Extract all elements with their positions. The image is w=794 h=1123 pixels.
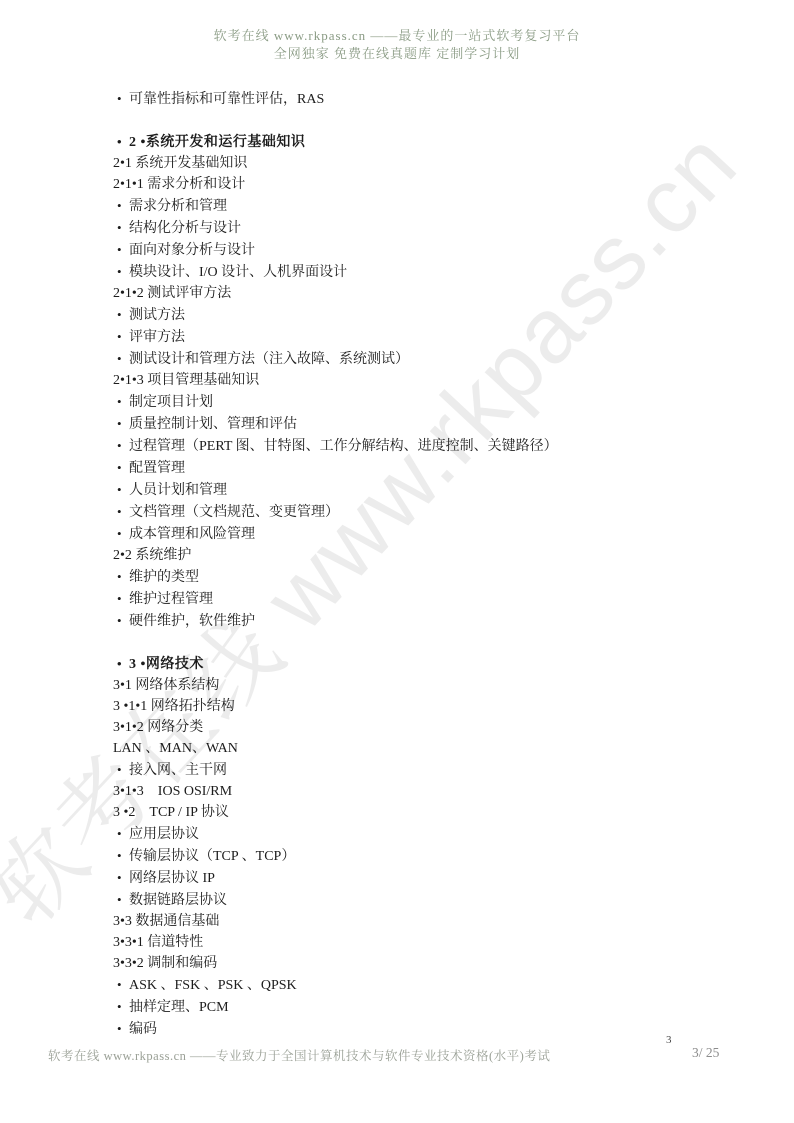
- outline-line-text: 可靠性指标和可靠性评估，RAS: [129, 92, 324, 107]
- outline-line-text: 人员计划和管理: [129, 483, 227, 498]
- outline-line: 3•1•2 网络分类: [113, 717, 713, 738]
- outline-line: 3•3•2 调制和编码: [113, 953, 713, 974]
- outline-line-text: 制定项目计划: [129, 395, 213, 410]
- outline-line: 3•3 数据通信基础: [113, 911, 713, 932]
- bullet-icon: •: [113, 88, 129, 109]
- bullet-icon: •: [113, 326, 129, 347]
- bullet-icon: •: [113, 845, 129, 866]
- outline-line: 3 •2 TCP / IP 协议: [113, 802, 713, 823]
- outline-line: 3 •1•1 网络拓扑结构: [113, 696, 713, 717]
- page-number: 3/ 25: [692, 1045, 719, 1061]
- outline-line: •结构化分析与设计: [113, 217, 713, 239]
- outline-line: •可靠性指标和可靠性评估，RAS: [113, 88, 713, 110]
- bullet-icon: •: [113, 759, 129, 780]
- outline-line: •传输层协议（TCP 、TCP）: [113, 845, 713, 867]
- outline-line: •人员计划和管理: [113, 479, 713, 501]
- outline-gap: [113, 632, 713, 653]
- outline-line-text: 3•3 数据通信基础: [113, 914, 219, 929]
- outline-line-text: 过程管理（PERT 图、甘特图、工作分解结构、进度控制、关键路径）: [129, 439, 558, 454]
- bullet-icon: •: [113, 457, 129, 478]
- bullet-icon: •: [113, 653, 129, 674]
- header-slogan-line2: 全网独家 免费在线真题库 定制学习计划: [0, 45, 794, 63]
- outline-line: •评审方法: [113, 326, 713, 348]
- outline-line: •模块设计、I/O 设计、人机界面设计: [113, 261, 713, 283]
- outline-line-text: 2•1•3 项目管理基础知识: [113, 373, 259, 388]
- outline-line-text: ASK 、FSK 、PSK 、QPSK: [129, 978, 297, 993]
- document-page: 软考在线 www.rkpass.cn 软考在线 www.rkpass.cn ——…: [0, 0, 794, 1123]
- outline-line-text: 结构化分析与设计: [129, 221, 241, 236]
- outline-line-text: 2•1 系统开发基础知识: [113, 156, 247, 171]
- bullet-icon: •: [113, 131, 129, 152]
- bullet-icon: •: [113, 974, 129, 995]
- outline-line: •网络层协议 IP: [113, 867, 713, 889]
- outline-line: •过程管理（PERT 图、甘特图、工作分解结构、进度控制、关键路径）: [113, 435, 713, 457]
- outline-line-text: 编码: [129, 1022, 157, 1037]
- outline-line-text: LAN 、MAN、WAN: [113, 741, 238, 756]
- outline-line-text: 3•3•1 信道特性: [113, 935, 203, 950]
- outline-line: •配置管理: [113, 457, 713, 479]
- outline-line-text: 应用层协议: [129, 827, 199, 842]
- outline-line: •测试设计和管理方法（注入故障、系统测试）: [113, 348, 713, 370]
- outline-line: 2•1•1 需求分析和设计: [113, 174, 713, 195]
- outline-line: •测试方法: [113, 304, 713, 326]
- bullet-icon: •: [113, 501, 129, 522]
- outline-line-text: 质量控制计划、管理和评估: [129, 417, 297, 432]
- outline-line-text: 2•2 系统维护: [113, 548, 191, 563]
- outline-line-text: 3•3•2 调制和编码: [113, 956, 217, 971]
- outline-line-text: 3•1•3 IOS OSI/RM: [113, 784, 232, 799]
- outline-line-text: 3•1 网络体系结构: [113, 678, 219, 693]
- bullet-icon: •: [113, 261, 129, 282]
- outline-line: 2•1•3 项目管理基础知识: [113, 370, 713, 391]
- page-header: 软考在线 www.rkpass.cn ——最专业的一站式软考复习平台 全网独家 …: [0, 27, 794, 63]
- outline-line: 3•1 网络体系结构: [113, 675, 713, 696]
- outline-line-text: 3•1•2 网络分类: [113, 720, 203, 735]
- bullet-icon: •: [113, 996, 129, 1017]
- outline-line: •硬件维护，软件维护: [113, 610, 713, 632]
- outline-line-text: 数据链路层协议: [129, 893, 227, 908]
- outline-line-text: 模块设计、I/O 设计、人机界面设计: [129, 265, 347, 280]
- bullet-icon: •: [113, 588, 129, 609]
- bullet-icon: •: [113, 413, 129, 434]
- bullet-icon: •: [113, 304, 129, 325]
- outline-line: 3•3•1 信道特性: [113, 932, 713, 953]
- outline-line: 2•1 系统开发基础知识: [113, 153, 713, 174]
- outline-line-text: 维护的类型: [129, 570, 199, 585]
- outline-line-text: 2•1•1 需求分析和设计: [113, 177, 245, 192]
- outline-line: •ASK 、FSK 、PSK 、QPSK: [113, 974, 713, 996]
- outline-line-text: 评审方法: [129, 330, 185, 345]
- outline-line: •成本管理和风险管理: [113, 523, 713, 545]
- outline-line: •接入网、主干网: [113, 759, 713, 781]
- bullet-icon: •: [113, 610, 129, 631]
- outline-line: •需求分析和管理: [113, 195, 713, 217]
- outline-line-text: 3 •网络技术: [129, 657, 204, 672]
- outline-line-text: 面向对象分析与设计: [129, 243, 255, 258]
- bullet-icon: •: [113, 435, 129, 456]
- outline-line: •编码: [113, 1018, 713, 1040]
- outline-line-text: 3 •2 TCP / IP 协议: [113, 805, 229, 820]
- outline-line-text: 传输层协议（TCP 、TCP）: [129, 849, 295, 864]
- outline-line-text: 配置管理: [129, 461, 185, 476]
- outline-line: •2 •系统开发和运行基础知识: [113, 131, 713, 153]
- bullet-icon: •: [113, 889, 129, 910]
- bullet-icon: •: [113, 239, 129, 260]
- bullet-icon: •: [113, 391, 129, 412]
- outline-line-text: 2 •系统开发和运行基础知识: [129, 135, 305, 150]
- outline-line: 2•1•2 测试评审方法: [113, 283, 713, 304]
- outline-line-text: 3 •1•1 网络拓扑结构: [113, 699, 235, 714]
- outline-line-text: 硬件维护，软件维护: [129, 614, 255, 629]
- bullet-icon: •: [113, 1018, 129, 1039]
- outline-line-text: 2•1•2 测试评审方法: [113, 286, 231, 301]
- bullet-icon: •: [113, 348, 129, 369]
- bullet-icon: •: [113, 195, 129, 216]
- outline-line: •应用层协议: [113, 823, 713, 845]
- bullet-icon: •: [113, 523, 129, 544]
- bullet-icon: •: [113, 867, 129, 888]
- outline-line-text: 接入网、主干网: [129, 763, 227, 778]
- outline-line-text: 测试方法: [129, 308, 185, 323]
- outline-line: 3•1•3 IOS OSI/RM: [113, 781, 713, 802]
- outline-line: •制定项目计划: [113, 391, 713, 413]
- outline-line-text: 抽样定理、PCM: [129, 1000, 229, 1015]
- outline-line: •文档管理（文档规范、变更管理）: [113, 501, 713, 523]
- outline-line-text: 成本管理和风险管理: [129, 527, 255, 542]
- outline-line: •抽样定理、PCM: [113, 996, 713, 1018]
- outline-line: •3 •网络技术: [113, 653, 713, 675]
- outline-line-text: 文档管理（文档规范、变更管理）: [129, 505, 339, 520]
- outline-line: 2•2 系统维护: [113, 545, 713, 566]
- bullet-icon: •: [113, 823, 129, 844]
- syllabus-outline: •可靠性指标和可靠性评估，RAS•2 •系统开发和运行基础知识2•1 系统开发基…: [113, 88, 713, 1040]
- footer-slogan: 软考在线 www.rkpass.cn ——专业致力于全国计算机技术与软件专业技术…: [48, 1046, 550, 1064]
- outline-line: •质量控制计划、管理和评估: [113, 413, 713, 435]
- outline-line: •面向对象分析与设计: [113, 239, 713, 261]
- bullet-icon: •: [113, 217, 129, 238]
- outline-line: LAN 、MAN、WAN: [113, 738, 713, 759]
- outline-line: •维护的类型: [113, 566, 713, 588]
- outline-line: •维护过程管理: [113, 588, 713, 610]
- page-superscript: 3: [666, 1034, 672, 1046]
- outline-line-text: 维护过程管理: [129, 592, 213, 607]
- bullet-icon: •: [113, 479, 129, 500]
- header-slogan-line1: 软考在线 www.rkpass.cn ——最专业的一站式软考复习平台: [0, 27, 794, 45]
- outline-gap: [113, 110, 713, 131]
- bullet-icon: •: [113, 566, 129, 587]
- outline-line: •数据链路层协议: [113, 889, 713, 911]
- outline-line-text: 测试设计和管理方法（注入故障、系统测试）: [129, 352, 409, 367]
- outline-line-text: 需求分析和管理: [129, 199, 227, 214]
- outline-line-text: 网络层协议 IP: [129, 871, 215, 886]
